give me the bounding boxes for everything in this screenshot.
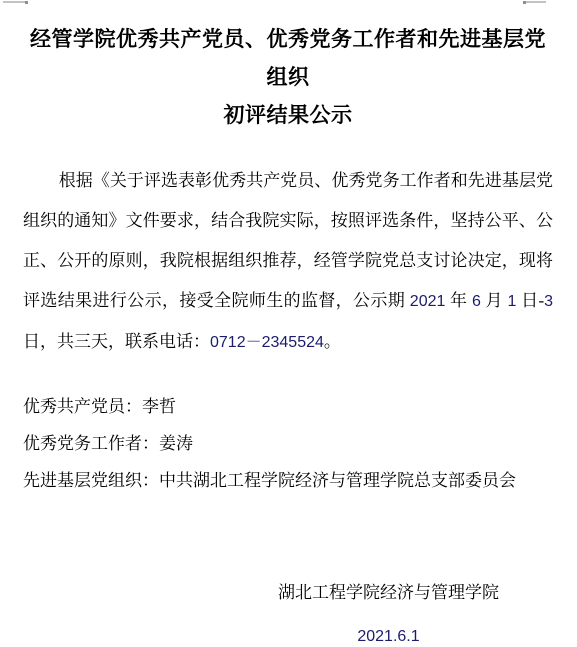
document-page: 经管学院优秀共产党员、优秀党务工作者和先进基层党组织 初评结果公示 根据《关于评… — [23, 0, 553, 647]
award-item-advanced-grassroots-party-organization: 先进基层党组织：中共湖北工程学院经济与管理学院总支部委员会 — [23, 462, 553, 499]
notice-body-paragraph: 根据《关于评选表彰优秀共产党员、优秀党务工作者和先进基层党组织的通知》文件要求，… — [23, 161, 553, 363]
award-list: 优秀共产党员：李哲 优秀党务工作者：姜涛 先进基层党组织：中共湖北工程学院经济与… — [23, 388, 553, 499]
award-item-outstanding-party-member: 优秀共产党员：李哲 — [23, 388, 553, 425]
document-title: 经管学院优秀共产党员、优秀党务工作者和先进基层党组织 初评结果公示 — [23, 0, 553, 135]
signature-date: 2021.6.1 — [278, 627, 499, 647]
signature-organization: 湖北工程学院经济与管理学院 — [278, 581, 499, 605]
award-item-outstanding-party-affairs-worker: 优秀党务工作者：姜涛 — [23, 425, 553, 462]
signature-block: 湖北工程学院经济与管理学院 2021.6.1 — [278, 581, 499, 647]
document-title-line2: 初评结果公示 — [23, 97, 553, 135]
document-title-line1: 经管学院优秀共产党员、优秀党务工作者和先进基层党组织 — [23, 21, 553, 97]
